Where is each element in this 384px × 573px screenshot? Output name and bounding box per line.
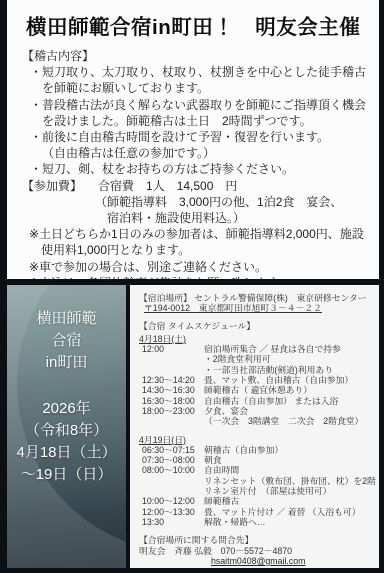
schedule-row: 13:30解散・帰路へ…	[142, 517, 374, 527]
row-desc: 朝食	[204, 455, 374, 465]
lodging-heading: 【宿泊場所】	[139, 293, 192, 303]
row-time: 12:30～14:20	[142, 375, 204, 385]
practice-heading: 【稽古内容】	[22, 48, 371, 64]
camp-side-title-line: 合宿	[7, 330, 126, 352]
lodging-name: セントラル警備保障(株) 東京研修センター	[194, 293, 366, 303]
flyer-top-section: 横田師範合宿in町田！ 明友会主催 【稽古内容】 ・短刀取り、太刀取り、杖取り、…	[7, 0, 379, 279]
fee-line: 【参加費】合宿費 1人 14,500 円	[22, 178, 371, 194]
row-desc: （一次会 3階講堂 二次会 2階食堂）	[204, 416, 374, 426]
row-desc: 師範稽古	[204, 496, 374, 506]
schedule-row: （一次会 3階講堂 二次会 2階食堂）	[142, 416, 374, 426]
camp-side-title-line: in町田	[7, 352, 126, 374]
camp-date-line: （令和8年）	[7, 420, 126, 442]
schedule-row: 16:30～18:00自由稽古（自由参加） または入浴	[142, 396, 374, 406]
fee-note: ※車で参加の場合は、別途ご連絡ください。	[29, 259, 371, 275]
schedule-row: 12:30～14:20畳、マット敷、自由稽古（自由参加）	[142, 375, 374, 385]
contact-heading: 【合宿場所に関する問合先】	[139, 535, 374, 545]
row-desc: 畳、マット敷、自由稽古（自由参加）	[204, 375, 374, 385]
row-desc: リネンセット（敷布団、掛布団、枕）を2階	[204, 476, 376, 486]
fee-heading: 【参加費】	[22, 179, 82, 193]
schedule-row: 12:00宿泊場所集合 ／ 昼食は各自で持参	[142, 344, 374, 354]
fee-detail-line: （師範指導料 3,000円の他、1泊2食 宴会、	[95, 194, 371, 210]
schedule-row: 18:00～23:00夕食、宴会	[142, 406, 374, 416]
row-time: 18:00～23:00	[142, 406, 204, 416]
row-time	[142, 416, 204, 426]
row-desc: リネン室片付 （部屋は使用可）	[204, 486, 374, 496]
fee-detail-line: 宿泊料・施設使用料込。）	[107, 210, 371, 226]
row-time: 12:00～13:30	[142, 507, 204, 517]
row-desc: 解散・帰路へ…	[204, 517, 374, 527]
contact-block: 【合宿場所に関する問合先】 明友会 斉藤 弘毅 070－5572－4870 hs…	[139, 535, 374, 566]
row-desc: 師範稽古（ 適宜休憩あり）	[204, 385, 374, 395]
row-desc: 夕食、宴会	[204, 406, 374, 416]
row-time: 06:30～07:15	[142, 445, 204, 455]
row-time: 14:30～16:30	[142, 385, 204, 395]
day1-label: 4月18日(土)	[139, 334, 374, 344]
row-time: 13:30	[142, 517, 204, 527]
contact-line: 明友会 斉藤 弘毅 070－5572－4870	[139, 546, 374, 556]
day2-label: 4月19日(日)	[139, 435, 374, 445]
schedule-row: リネン室片付 （部屋は使用可）	[142, 486, 374, 496]
schedule-row: 10:00～12:00師範稽古	[142, 496, 374, 506]
row-time: 08:00～10:00	[142, 465, 204, 475]
fee-note: ※土日どちらか1日のみの参加者は、師範指導料2,000円、施設使用料1,000円…	[29, 226, 371, 258]
contact-email: hsaitm0408@gmail.com	[211, 556, 374, 566]
schedule-row: 06:30～07:15朝稽古（自由参加）	[142, 445, 374, 455]
schedule-panel: 【宿泊場所】 セントラル警備保障(株) 東京研修センター 〒194-0012 東…	[130, 285, 379, 568]
schedule-row: 07:30～08:00朝食	[142, 455, 374, 465]
camp-date-line: 4月18日（土）	[7, 442, 126, 464]
fee-amount: 合宿費 1人 14,500 円	[98, 179, 237, 193]
practice-item: ・短刀、剣、杖をお持ちの方はご持参ください。	[30, 161, 371, 177]
row-time: 07:30～08:00	[142, 455, 204, 465]
schedule-row: 08:00～10:00自由時間	[142, 465, 374, 475]
schedule-row: ・2階食堂利用可	[142, 354, 374, 364]
row-time	[142, 486, 204, 496]
practice-item: ・普段稽古法が良く解らない武器取りを師範にご指導頂く機会を設けました。師範稽古は…	[30, 97, 371, 129]
camp-dates: 2026年 （令和8年） 4月18日（土） ～19日（日）	[7, 398, 126, 486]
lodging-line: 【宿泊場所】 セントラル警備保障(株) 東京研修センター	[139, 293, 374, 303]
schedule-row: 12:00～13:30畳、マット片付け ／ 着替 （入浴も可）	[142, 507, 374, 517]
camp-side-title: 横田師範 合宿 in町田	[7, 308, 126, 374]
row-desc: 宿泊場所集合 ／ 昼食は各自で持参	[204, 344, 374, 354]
camp-date-line: ～19日（日）	[7, 464, 126, 486]
fee-note: ※申込は、各団体幹事が集計をお願い致します。	[29, 275, 371, 279]
schedule-row: ・一部当社部活動(剣道)利用あり	[142, 365, 374, 375]
schedule-row: 14:30～16:30師範稽古（ 適宜休憩あり）	[142, 385, 374, 395]
practice-item: ・短刀取り、太刀取り、杖取り、杖捌きを中心とした徒手稽古を師範にお願いしておりま…	[30, 64, 371, 96]
lodging-address: 〒194-0012 東京都町田市旭町３－４－２２	[144, 303, 374, 313]
schedule-heading: 【合宿 タイムスケジュール】	[139, 321, 374, 331]
row-time	[142, 476, 204, 486]
row-time: 10:00～12:00	[142, 496, 204, 506]
row-desc: 自由稽古（自由参加） または入浴	[204, 396, 374, 406]
camp-side-panel: 横田師範 合宿 in町田 2026年 （令和8年） 4月18日（土） ～19日（…	[7, 285, 126, 568]
practice-item: ・前後に自由稽古時間を設けて予習・復習を行います。	[30, 129, 371, 145]
flyer-title: 横田師範合宿in町田！ 明友会主催	[26, 10, 371, 40]
row-time	[142, 365, 204, 375]
row-desc: 朝稽古（自由参加）	[204, 445, 374, 455]
row-desc: ・2階食堂利用可	[204, 354, 374, 364]
flyer-sheet: 横田師範合宿in町田！ 明友会主催 【稽古内容】 ・短刀取り、太刀取り、杖取り、…	[0, 0, 384, 573]
camp-side-title-line: 横田師範	[7, 308, 126, 330]
practice-subnote: （自由稽古は任意の参加です。）	[42, 145, 371, 161]
schedule-row: リネンセット（敷布団、掛布団、枕）を2階	[142, 476, 374, 486]
row-desc: 畳、マット片付け ／ 着替 （入浴も可）	[204, 507, 374, 517]
row-desc: ・一部当社部活動(剣道)利用あり	[204, 365, 374, 375]
row-time: 12:00	[142, 344, 204, 354]
row-time	[142, 354, 204, 364]
camp-date-line: 2026年	[7, 398, 126, 420]
row-time: 16:30～18:00	[142, 396, 204, 406]
row-desc: 自由時間	[204, 465, 374, 475]
